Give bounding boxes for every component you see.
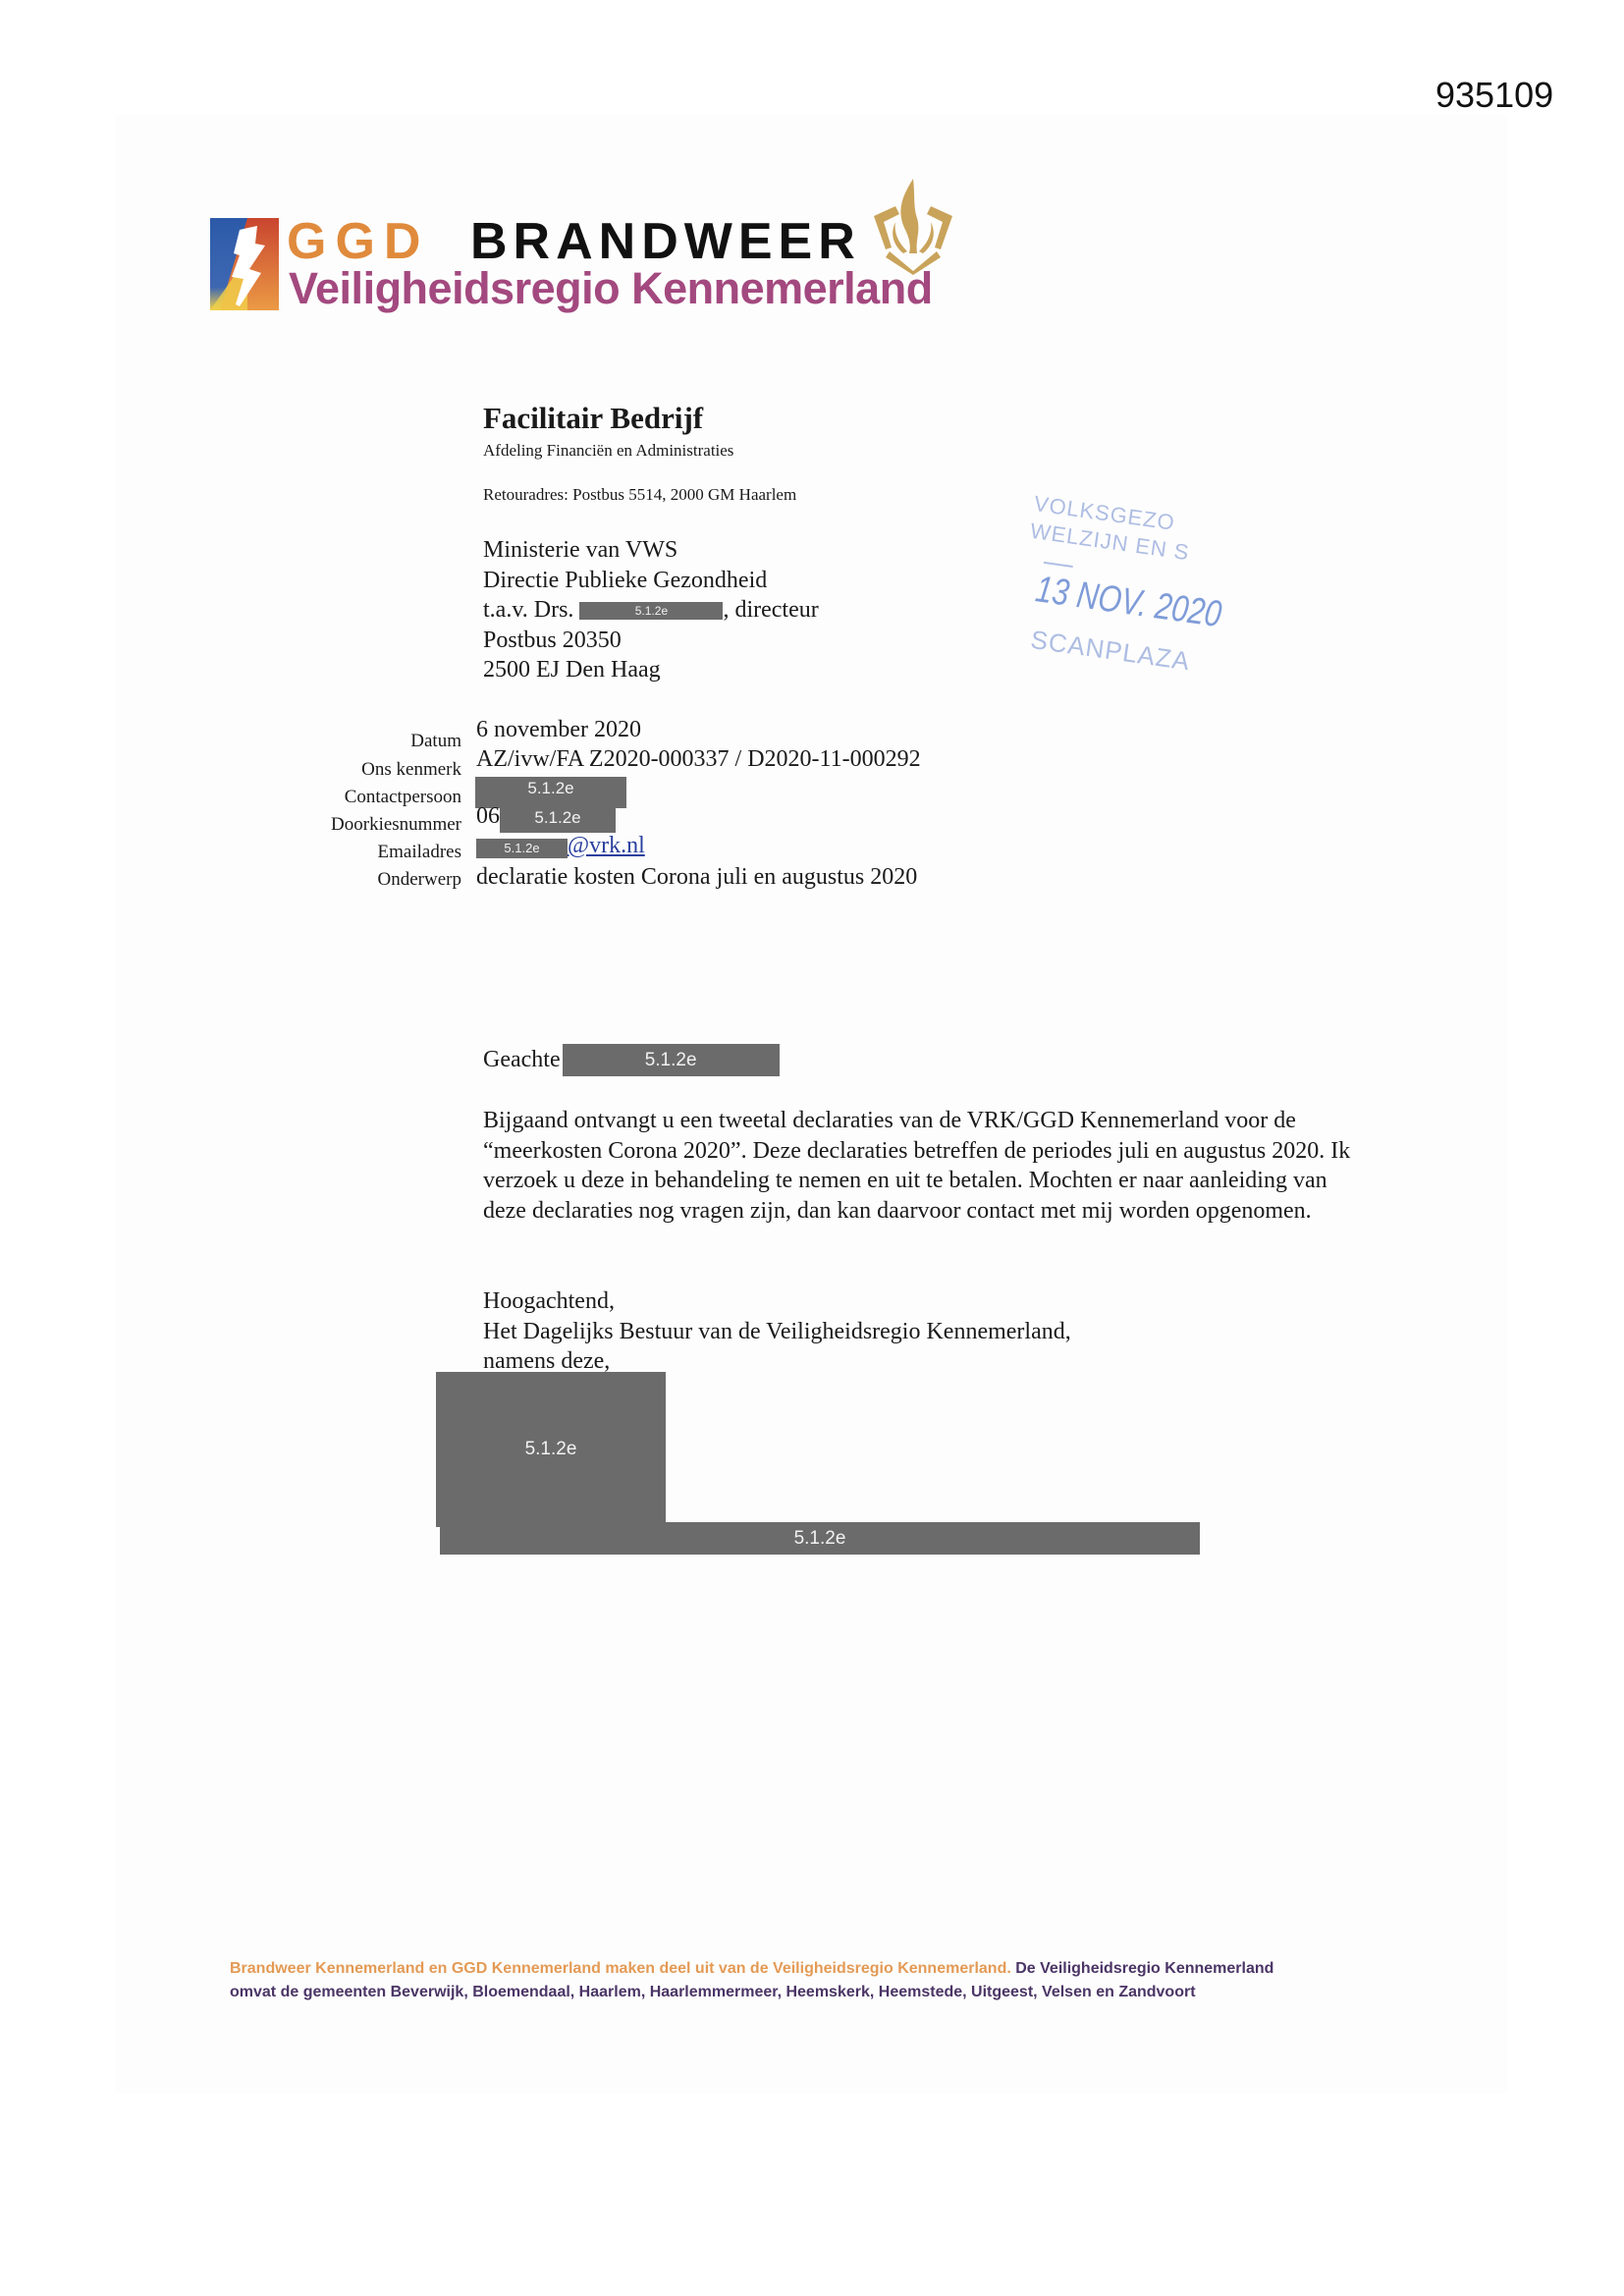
footer-orange-text: Brandweer Kennemerland en GGD Kennemerla… xyxy=(230,1960,1011,1977)
closing-line-1: Hoogachtend, xyxy=(483,1286,1071,1317)
return-address: Retouradres: Postbus 5514, 2000 GM Haarl… xyxy=(483,485,796,505)
phone-prefix: 06 xyxy=(476,803,500,829)
footer-line-1: Brandweer Kennemerland en GGD Kennemerla… xyxy=(230,1957,1273,1981)
scanned-page xyxy=(115,115,1507,2094)
meta-value-phone: 065.1.2e xyxy=(476,803,616,833)
stamp-date: 13 NOV. 2020 xyxy=(1033,569,1224,636)
received-stamp: VOLKSGEZO WELZIJN EN S 13 NOV. 2020 SCAN… xyxy=(1010,491,1230,703)
email-domain[interactable]: @vrk.nl xyxy=(568,833,645,858)
recipient-line-4: Postbus 20350 xyxy=(483,626,819,656)
recipient-line-5: 2500 EJ Den Haag xyxy=(483,655,819,685)
closing: Hoogachtend, Het Dagelijks Bestuur van d… xyxy=(483,1286,1071,1377)
stamp-line-4: SCANPLAZA xyxy=(1029,625,1192,677)
signature-redaction: 5.1.2e xyxy=(436,1372,666,1527)
meta-value-subject: declaratie kosten Corona juli en augustu… xyxy=(476,864,917,891)
meta-label-email: Emailadres xyxy=(378,842,461,863)
closing-line-2: Het Dagelijks Bestuur van de Veiligheids… xyxy=(483,1317,1071,1347)
redaction-box: 5.1.2e xyxy=(500,803,616,833)
department-title: Facilitair Bedrijf xyxy=(483,401,703,436)
meta-label-phone: Doorkiesnummer xyxy=(331,814,461,836)
brandweer-wordmark: BRANDWEER xyxy=(470,212,861,271)
region-wordmark: Veiligheidsregio Kennemerland xyxy=(289,263,933,314)
meta-value-kenmerk: AZ/ivw/FA Z2020-000337 / D2020-11-000292 xyxy=(476,746,921,773)
recipient-line-2: Directie Publieke Gezondheid xyxy=(483,566,819,596)
redaction-box: 5.1.2e xyxy=(563,1044,780,1076)
footer: Brandweer Kennemerland en GGD Kennemerla… xyxy=(230,1957,1273,2004)
letter-body: Bijgaand ontvangt u een tweetal declarat… xyxy=(483,1106,1367,1226)
footer-line-2: omvat de gemeenten Beverwijk, Bloemendaa… xyxy=(230,1981,1273,2004)
salutation-word: Geachte xyxy=(483,1047,561,1072)
document-id: 935109 xyxy=(1435,75,1553,116)
meta-value-datum: 6 november 2020 xyxy=(476,717,641,743)
department-subtitle: Afdeling Financiën en Administraties xyxy=(483,441,733,461)
letterhead-logo: GGD BRANDWEER Veiligheidsregio Kennemerl… xyxy=(210,177,956,319)
meta-label-datum: Datum xyxy=(410,731,461,752)
vrk-emblem-icon xyxy=(210,218,279,310)
recipient-line-1: Ministerie van VWS xyxy=(483,535,819,566)
footer-purple-text: De Veiligheidsregio Kennemerland xyxy=(1011,1960,1274,1977)
recipient-address: Ministerie van VWS Directie Publieke Gez… xyxy=(483,535,819,685)
meta-label-subject: Onderwerp xyxy=(378,869,461,891)
signatory-name-redaction: 5.1.2e xyxy=(440,1522,1200,1555)
ggd-wordmark: GGD xyxy=(287,212,429,271)
recipient-suffix: , directeur xyxy=(723,597,818,623)
meta-label-kenmerk: Ons kenmerk xyxy=(361,759,461,781)
stamp-dash xyxy=(1044,562,1073,568)
meta-label-contact: Contactpersoon xyxy=(345,787,461,808)
salutation: Geachte5.1.2e xyxy=(483,1047,780,1076)
brandweer-flame-icon xyxy=(866,177,960,275)
recipient-prefix: t.a.v. Drs. xyxy=(483,597,579,623)
meta-value-email[interactable]: 5.1.2e@vrk.nl xyxy=(476,833,645,859)
email-link[interactable]: 5.1.2e@vrk.nl xyxy=(476,833,645,858)
redaction-box: 5.1.2e xyxy=(579,602,723,620)
redaction-box: 5.1.2e xyxy=(476,839,568,858)
recipient-line-3: t.a.v. Drs. 5.1.2e, directeur xyxy=(483,595,819,626)
